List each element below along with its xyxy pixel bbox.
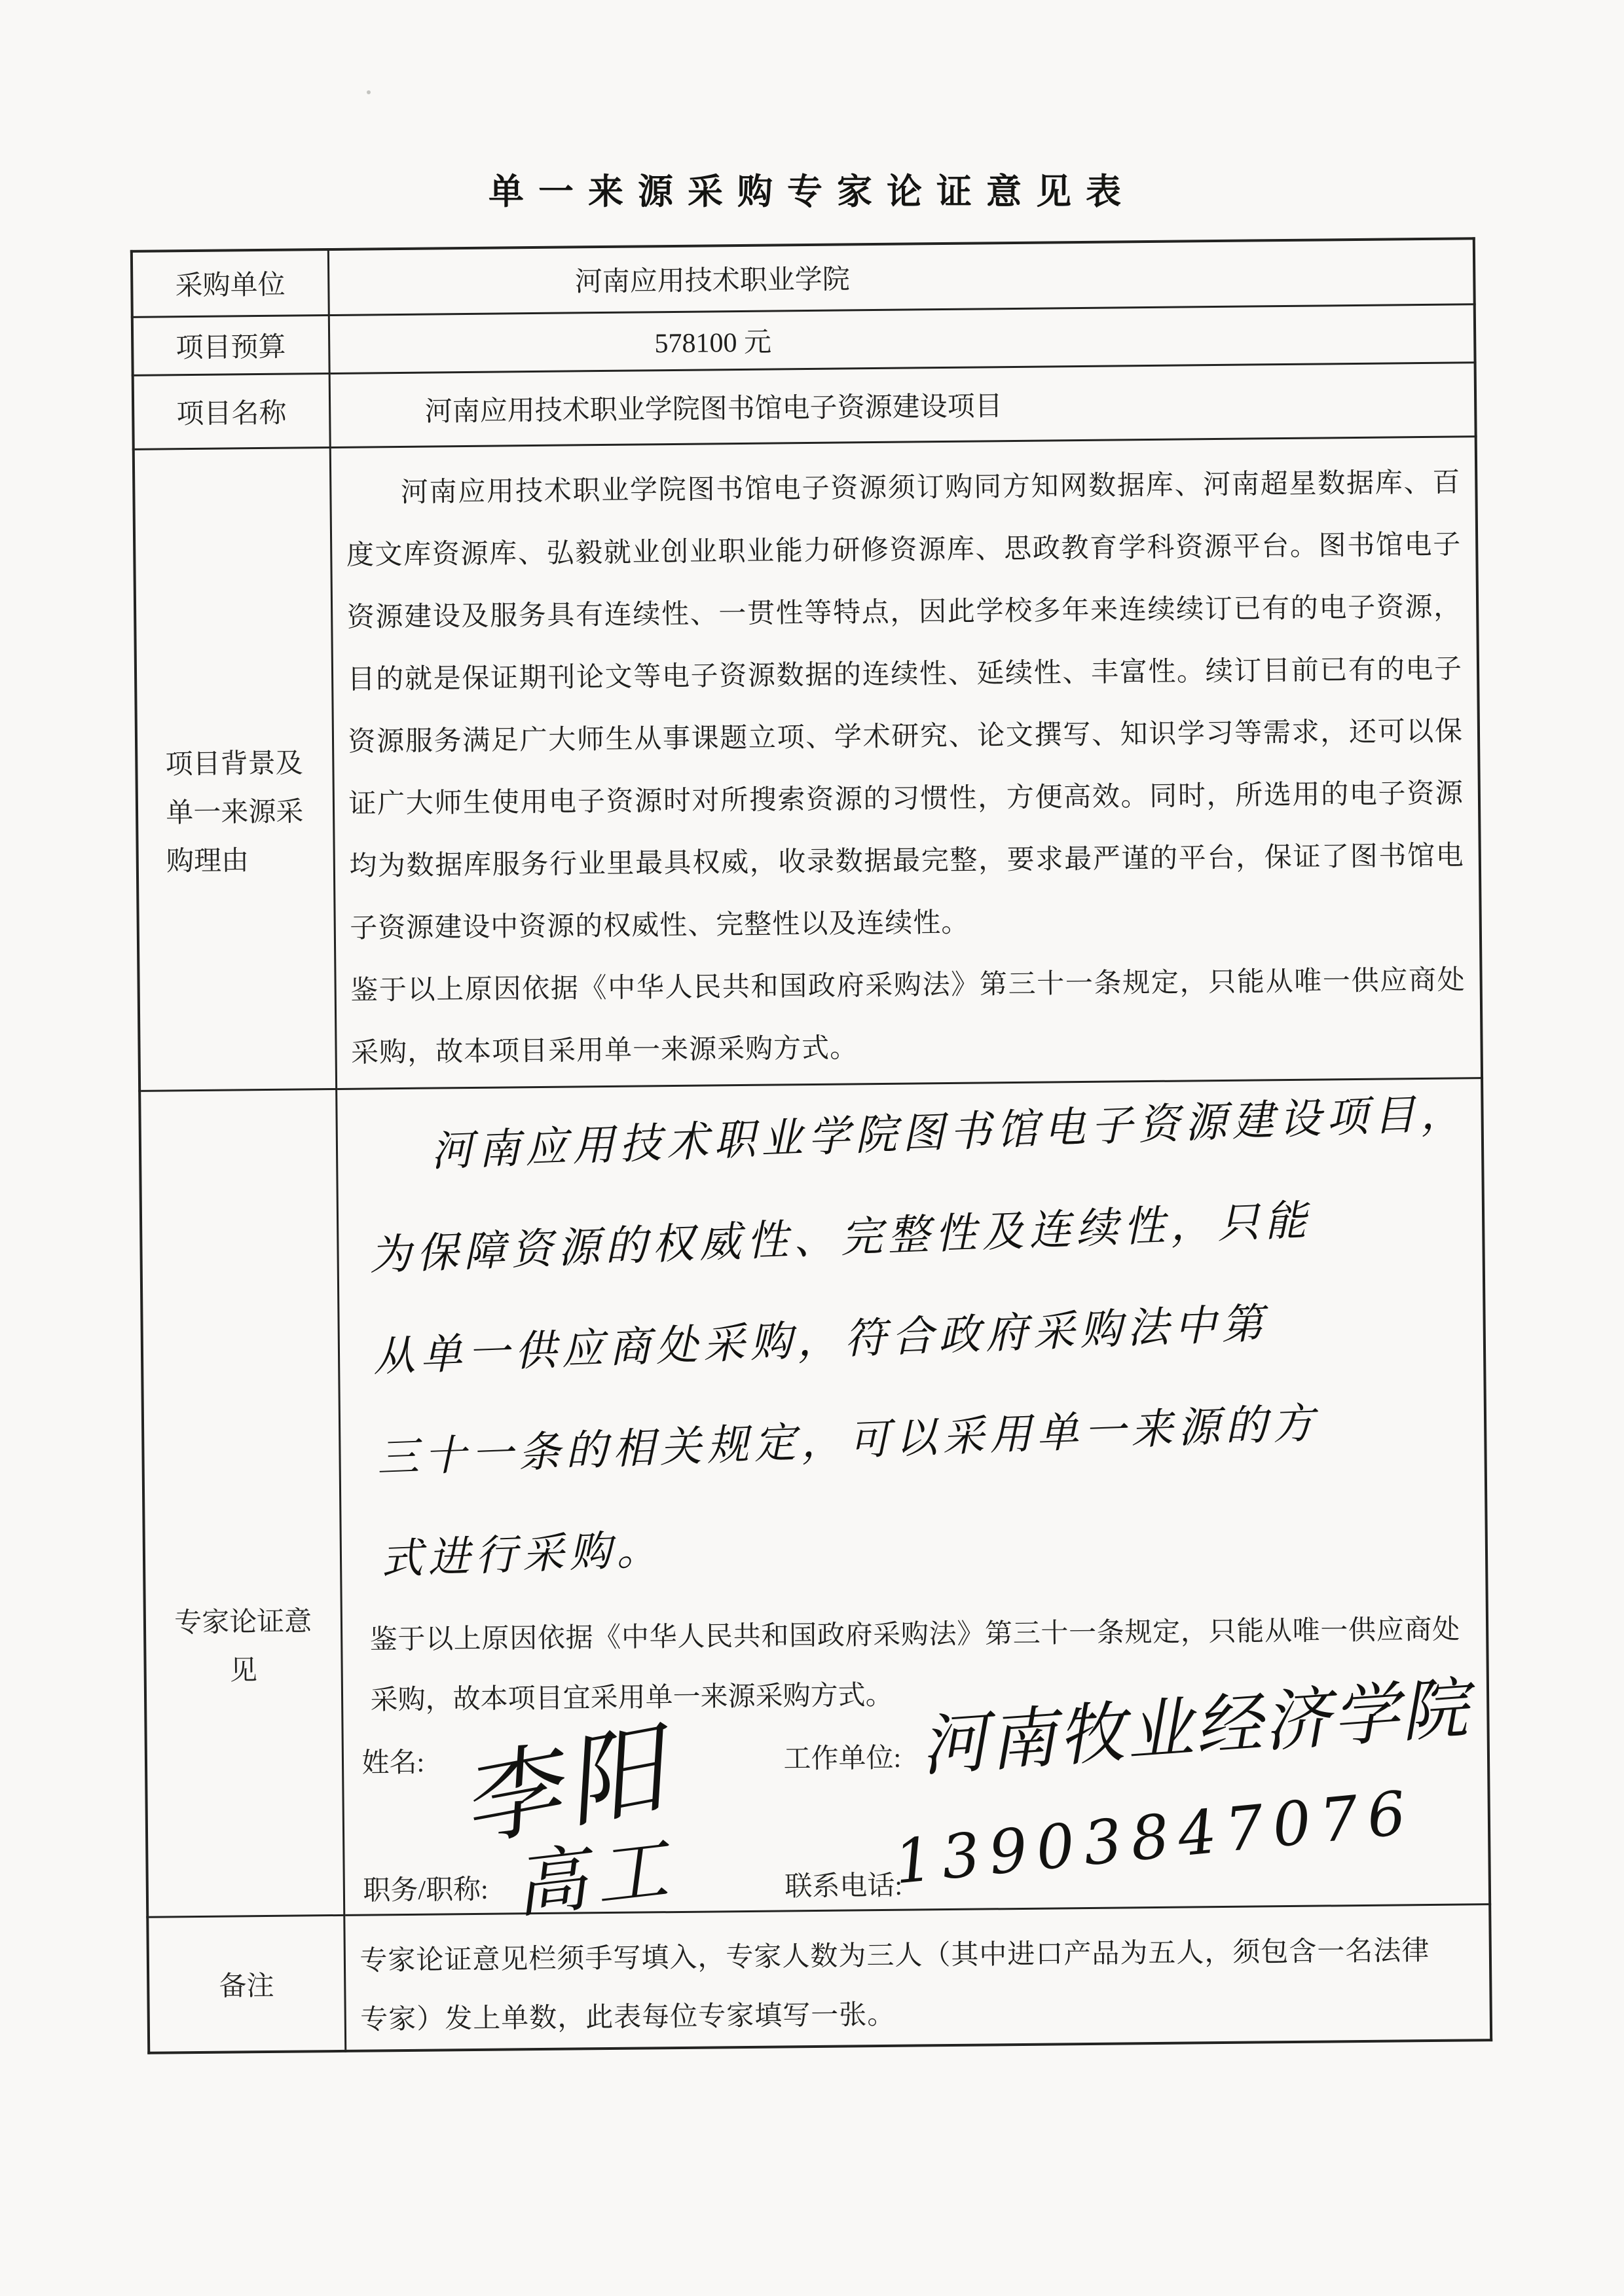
budget-label: 项目预算: [175, 332, 286, 363]
remark-label-cell: 备注: [147, 1915, 345, 2052]
position-field-label: 职务/职称:: [363, 1867, 489, 1908]
background-paragraph-1: 河南应用技术职业学院图书馆电子资源须订购同方知网数据库、河南超星数据库、百度文库…: [345, 452, 1465, 960]
expert-opinion-label: 专家论证意见: [174, 1597, 313, 1696]
project-name-value-cell: 河南应用技术职业学院图书馆电子资源建设项目: [329, 362, 1476, 447]
project-name-label: 项目名称: [176, 398, 286, 429]
row-expert-opinion: 专家论证意见 河南应用技术职业学院图书馆电子资源建设项目， 为保障资源的权威性、…: [139, 1078, 1490, 1917]
row-project-name: 项目名称 河南应用技术职业学院图书馆电子资源建设项目: [133, 362, 1476, 449]
purchase-unit-label-cell: 采购单位: [132, 249, 329, 317]
background-paragraphs: 河南应用技术职业学院图书馆电子资源须订购同方知网数据库、河南超星数据库、百度文库…: [331, 437, 1481, 1085]
row-background-reason: 项目背景及单一来源采购理由 河南应用技术职业学院图书馆电子资源须订购同方知网数据…: [134, 436, 1482, 1091]
remark-label: 备注: [219, 1971, 274, 2001]
background-text-cell: 河南应用技术职业学院图书馆电子资源须订购同方知网数据库、河南超星数据库、百度文库…: [330, 436, 1482, 1089]
row-purchase-unit: 采购单位 河南应用技术职业学院: [132, 238, 1475, 317]
page: 单一来源采购专家论证意见表 采购单位 河南应用技术职业学院 项目预算 57810…: [0, 0, 1624, 2296]
project-name-label-cell: 项目名称: [133, 373, 330, 449]
background-label-cell: 项目背景及单一来源采购理由: [134, 447, 336, 1091]
project-name-value: 河南应用技术职业学院图书馆电子资源建设项目: [330, 383, 1097, 429]
purchase-unit-value: 河南应用技术职业学院: [329, 255, 1096, 302]
expert-opinion-label-cell: 专家论证意见: [139, 1089, 344, 1917]
expert-opinion-content-cell: 河南应用技术职业学院图书馆电子资源建设项目， 为保障资源的权威性、完整性及连续性…: [336, 1078, 1490, 1915]
remark-line-2: 专家）发上单数，此表每位专家填写一张。: [360, 1980, 1475, 2049]
budget-value-cell: 578100 元: [329, 304, 1475, 373]
form-title: 单一来源采购专家论证意见表: [0, 164, 1624, 214]
budget-label-cell: 项目预算: [132, 315, 329, 375]
phone-handwritten-value: 13903847076: [891, 1777, 1417, 1897]
phone-field-label: 联系电话:: [784, 1863, 902, 1904]
background-paragraph-2: 鉴于以上原因依据《中华人民共和国政府采购法》第三十一条规定，只能从唯一供应商处采…: [350, 949, 1466, 1084]
budget-value: 578100 元: [329, 317, 1096, 363]
remark-text: 专家论证意见栏须手写填入，专家人数为三人（其中进口产品为五人，须包含一名法律 专…: [345, 1905, 1490, 2050]
expert-opinion-content: 河南应用技术职业学院图书馆电子资源建设项目， 为保障资源的权威性、完整性及连续性…: [337, 1079, 1488, 1912]
work-unit-field-label: 工作单位:: [783, 1736, 901, 1776]
remark-line-1: 专家论证意见栏须手写填入，专家人数为三人（其中进口产品为五人，须包含一名法律: [360, 1921, 1475, 1990]
purchase-unit-label: 采购单位: [175, 270, 285, 302]
background-label: 项目背景及单一来源采购理由: [165, 739, 305, 886]
name-field-label: 姓名:: [361, 1740, 424, 1780]
remark-text-cell: 专家论证意见栏须手写填入，专家人数为三人（其中进口产品为五人，须包含一名法律 专…: [344, 1904, 1491, 2050]
scan-speck: [367, 90, 371, 94]
handwritten-opinion: 河南应用技术职业学院图书馆电子资源建设项目， 为保障资源的权威性、完整性及连续性…: [363, 1063, 1486, 1611]
purchase-unit-value-cell: 河南应用技术职业学院: [328, 238, 1475, 315]
position-handwritten-value: 高工: [508, 1810, 681, 1931]
opinion-form-table: 采购单位 河南应用技术职业学院 项目预算 578100 元 项目名称 河南应用技…: [130, 237, 1492, 2054]
scanned-document-page: { "title": "单一来源采购专家论证意见表", "colors": { …: [0, 0, 1624, 2296]
row-remark: 备注 专家论证意见栏须手写填入，专家人数为三人（其中进口产品为五人，须包含一名法…: [147, 1904, 1491, 2052]
